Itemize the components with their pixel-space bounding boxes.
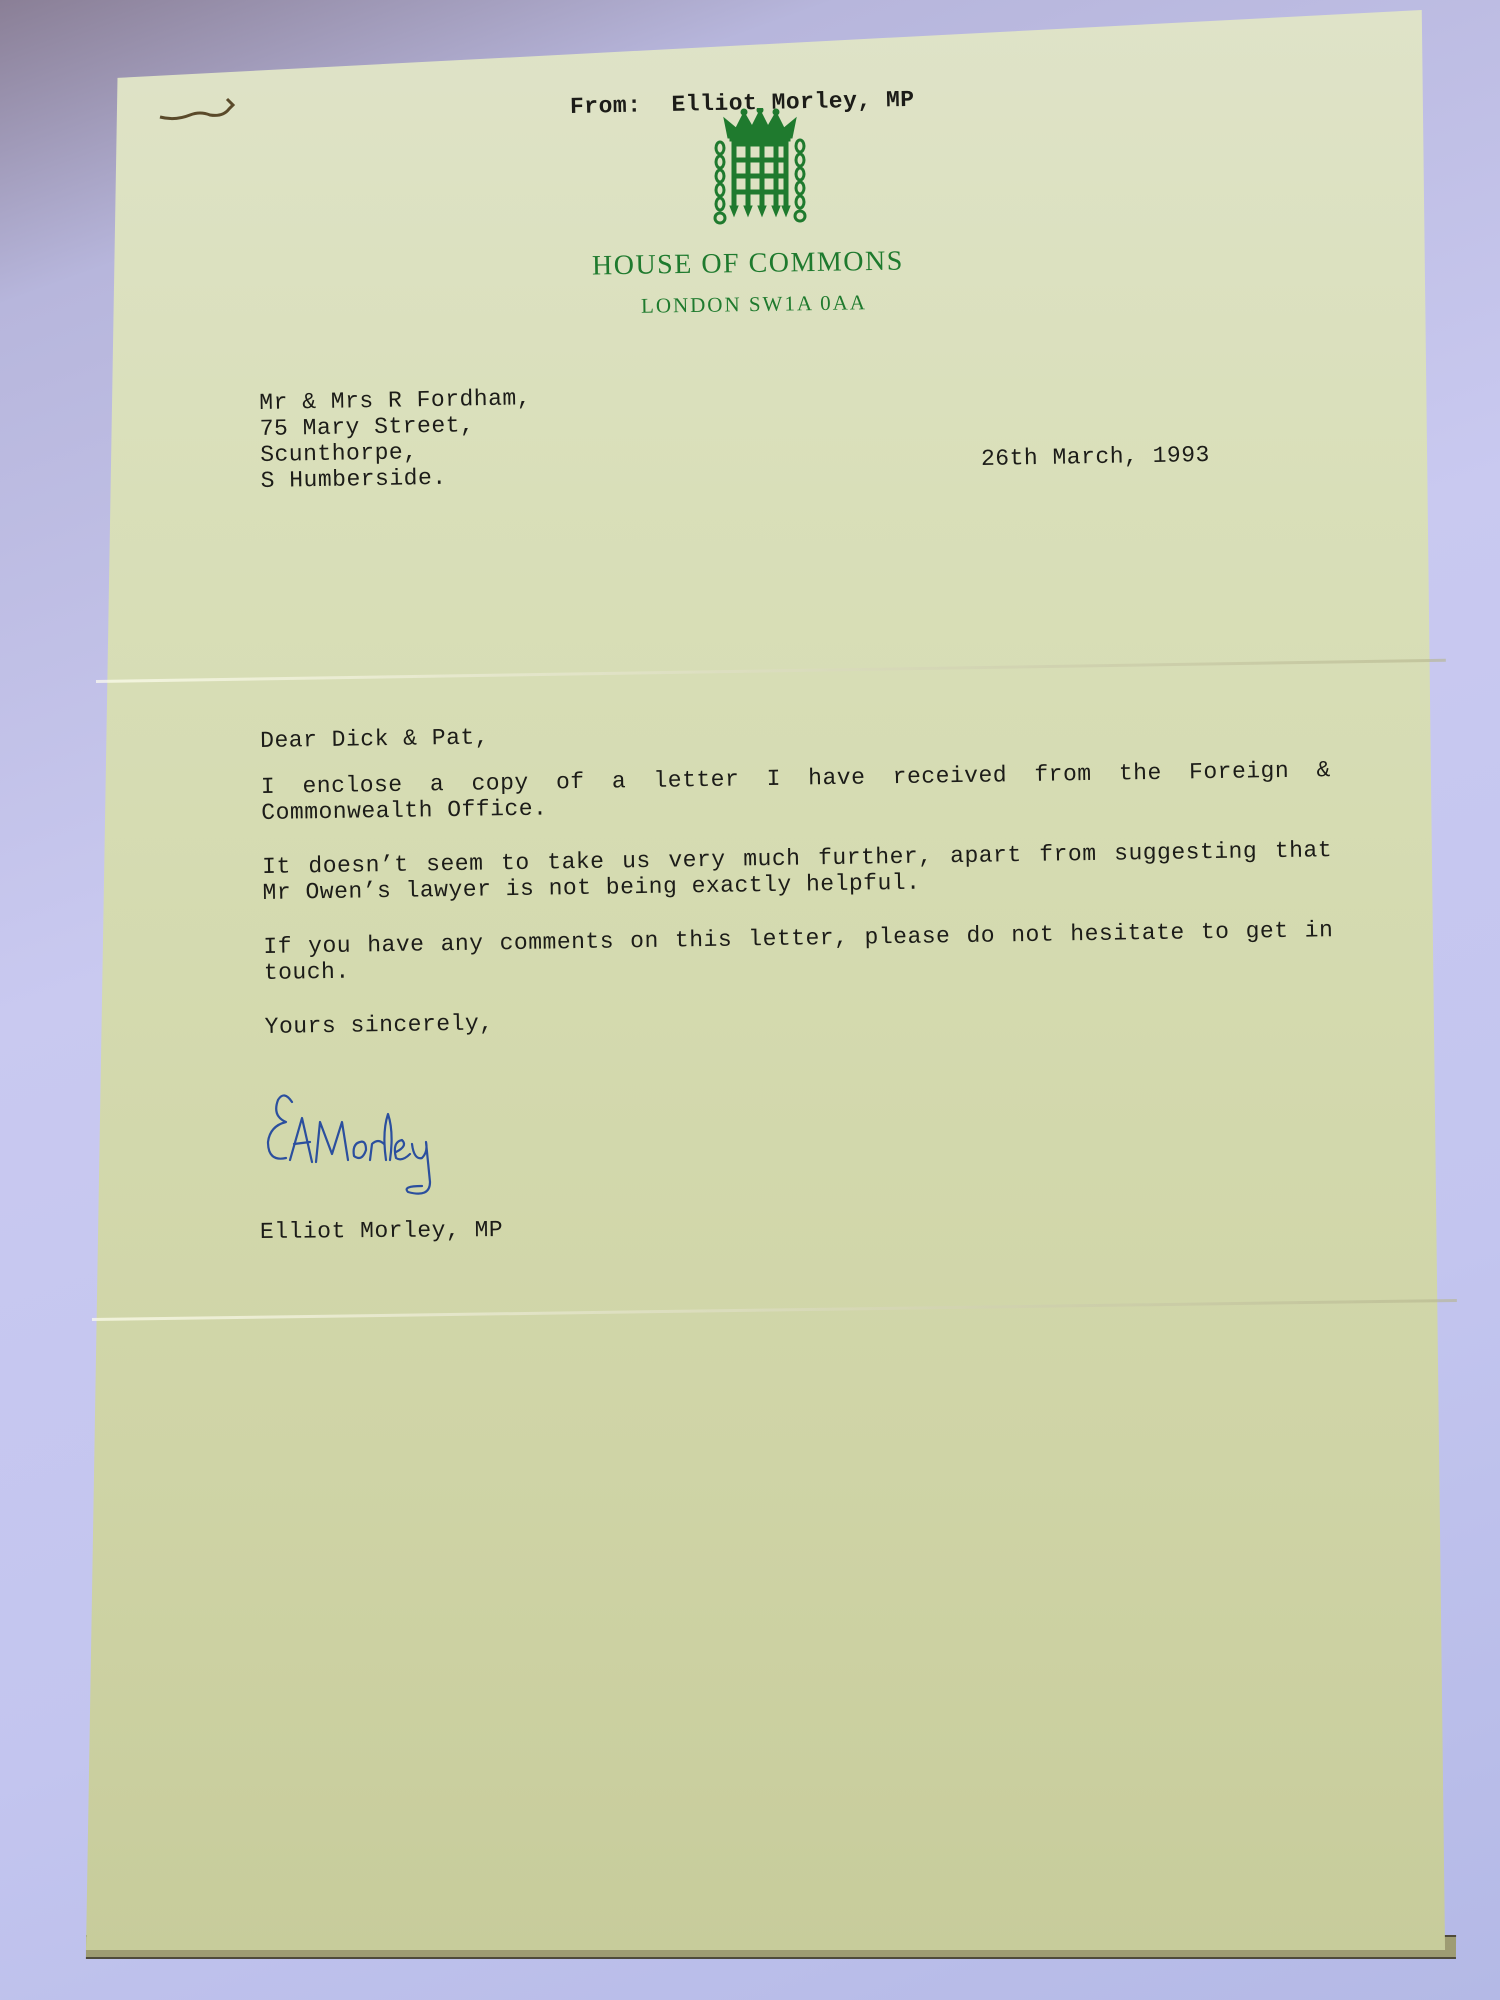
closing: Yours sincerely, <box>264 997 1334 1040</box>
letter-date: 26th March, 1993 <box>981 442 1210 472</box>
paper-tear-mark <box>155 95 245 125</box>
body-paragraph: I enclose a copy of a letter I have rece… <box>261 757 1332 826</box>
portcullis-crest-icon <box>710 108 810 226</box>
body-paragraph: If you have any comments on this letter,… <box>263 917 1334 986</box>
institution-address: LONDON SW1A 0AA <box>641 290 867 319</box>
body-paragraph: It doesn’t seem to take us very much fur… <box>262 837 1333 906</box>
letter-body: Dear Dick & Pat, I enclose a copy of a l… <box>260 711 1335 1068</box>
from-label: From: <box>570 93 642 120</box>
institution-name: HOUSE OF COMMONS <box>592 246 904 283</box>
signer-name: Elliot Morley, MP <box>260 1217 503 1245</box>
recipient-line: S Humberside. <box>260 463 532 494</box>
handwritten-signature <box>262 1082 482 1200</box>
recipient-line: Mr & Mrs R Fordham, <box>259 385 531 416</box>
recipient-address: Mr & Mrs R Fordham, 75 Mary Street, Scun… <box>259 385 533 494</box>
